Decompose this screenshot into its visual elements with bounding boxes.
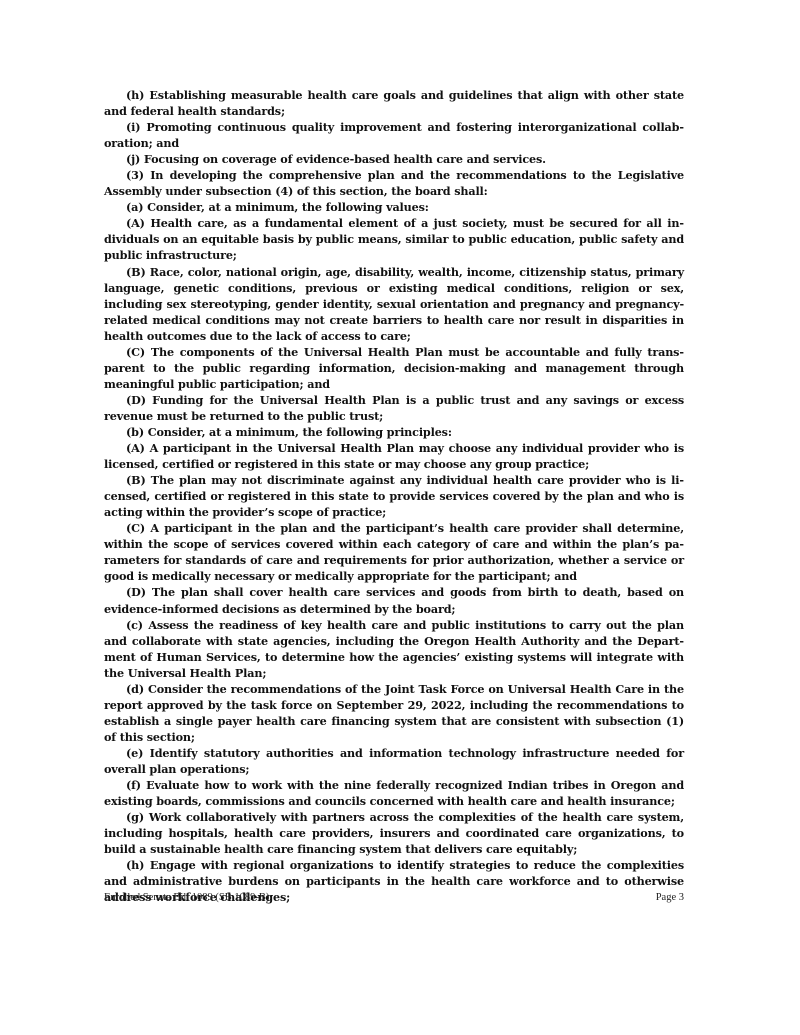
- paragraph-j-evidence: (j) Focusing on coverage of evidence-bas…: [104, 151, 684, 167]
- paragraph-b-principles: (b) Consider, at a minimum, the followin…: [104, 424, 684, 440]
- paragraph-principle-a: (A) A participant in the Universal Healt…: [104, 440, 684, 472]
- document-body: (h) Establishing measurable health care …: [104, 87, 684, 905]
- page-footer: Enrolled Senate Bill 1089 (SB 1089-B) Pa…: [104, 892, 684, 903]
- bill-label: Enrolled Senate Bill 1089 (SB 1089-B): [104, 892, 269, 903]
- paragraph-3-board-shall: (3) In developing the comprehensive plan…: [104, 167, 684, 199]
- paragraph-g-collaborate: (g) Work collaboratively with partners a…: [104, 809, 684, 857]
- paragraph-e-identify: (e) Identify statutory authorities and i…: [104, 745, 684, 777]
- paragraph-d-task-force: (d) Consider the recommendations of the …: [104, 681, 684, 745]
- paragraph-a-values: (a) Consider, at a minimum, the followin…: [104, 199, 684, 215]
- paragraph-principle-c: (C) A participant in the plan and the pa…: [104, 520, 684, 584]
- paragraph-value-b: (B) Race, color, national origin, age, d…: [104, 264, 684, 344]
- paragraph-i-quality: (i) Promoting continuous quality improve…: [104, 119, 684, 151]
- paragraph-c-assess: (c) Assess the readiness of key health c…: [104, 617, 684, 681]
- paragraph-value-d: (D) Funding for the Universal Health Pla…: [104, 392, 684, 424]
- paragraph-principle-d: (D) The plan shall cover health care ser…: [104, 584, 684, 616]
- paragraph-h-goals: (h) Establishing measurable health care …: [104, 87, 684, 119]
- page-number: Page 3: [656, 892, 684, 903]
- paragraph-value-a: (A) Health care, as a fundamental elemen…: [104, 215, 684, 263]
- paragraph-value-c: (C) The components of the Universal Heal…: [104, 344, 684, 392]
- paragraph-principle-b: (B) The plan may not discriminate agains…: [104, 472, 684, 520]
- paragraph-f-tribes: (f) Evaluate how to work with the nine f…: [104, 777, 684, 809]
